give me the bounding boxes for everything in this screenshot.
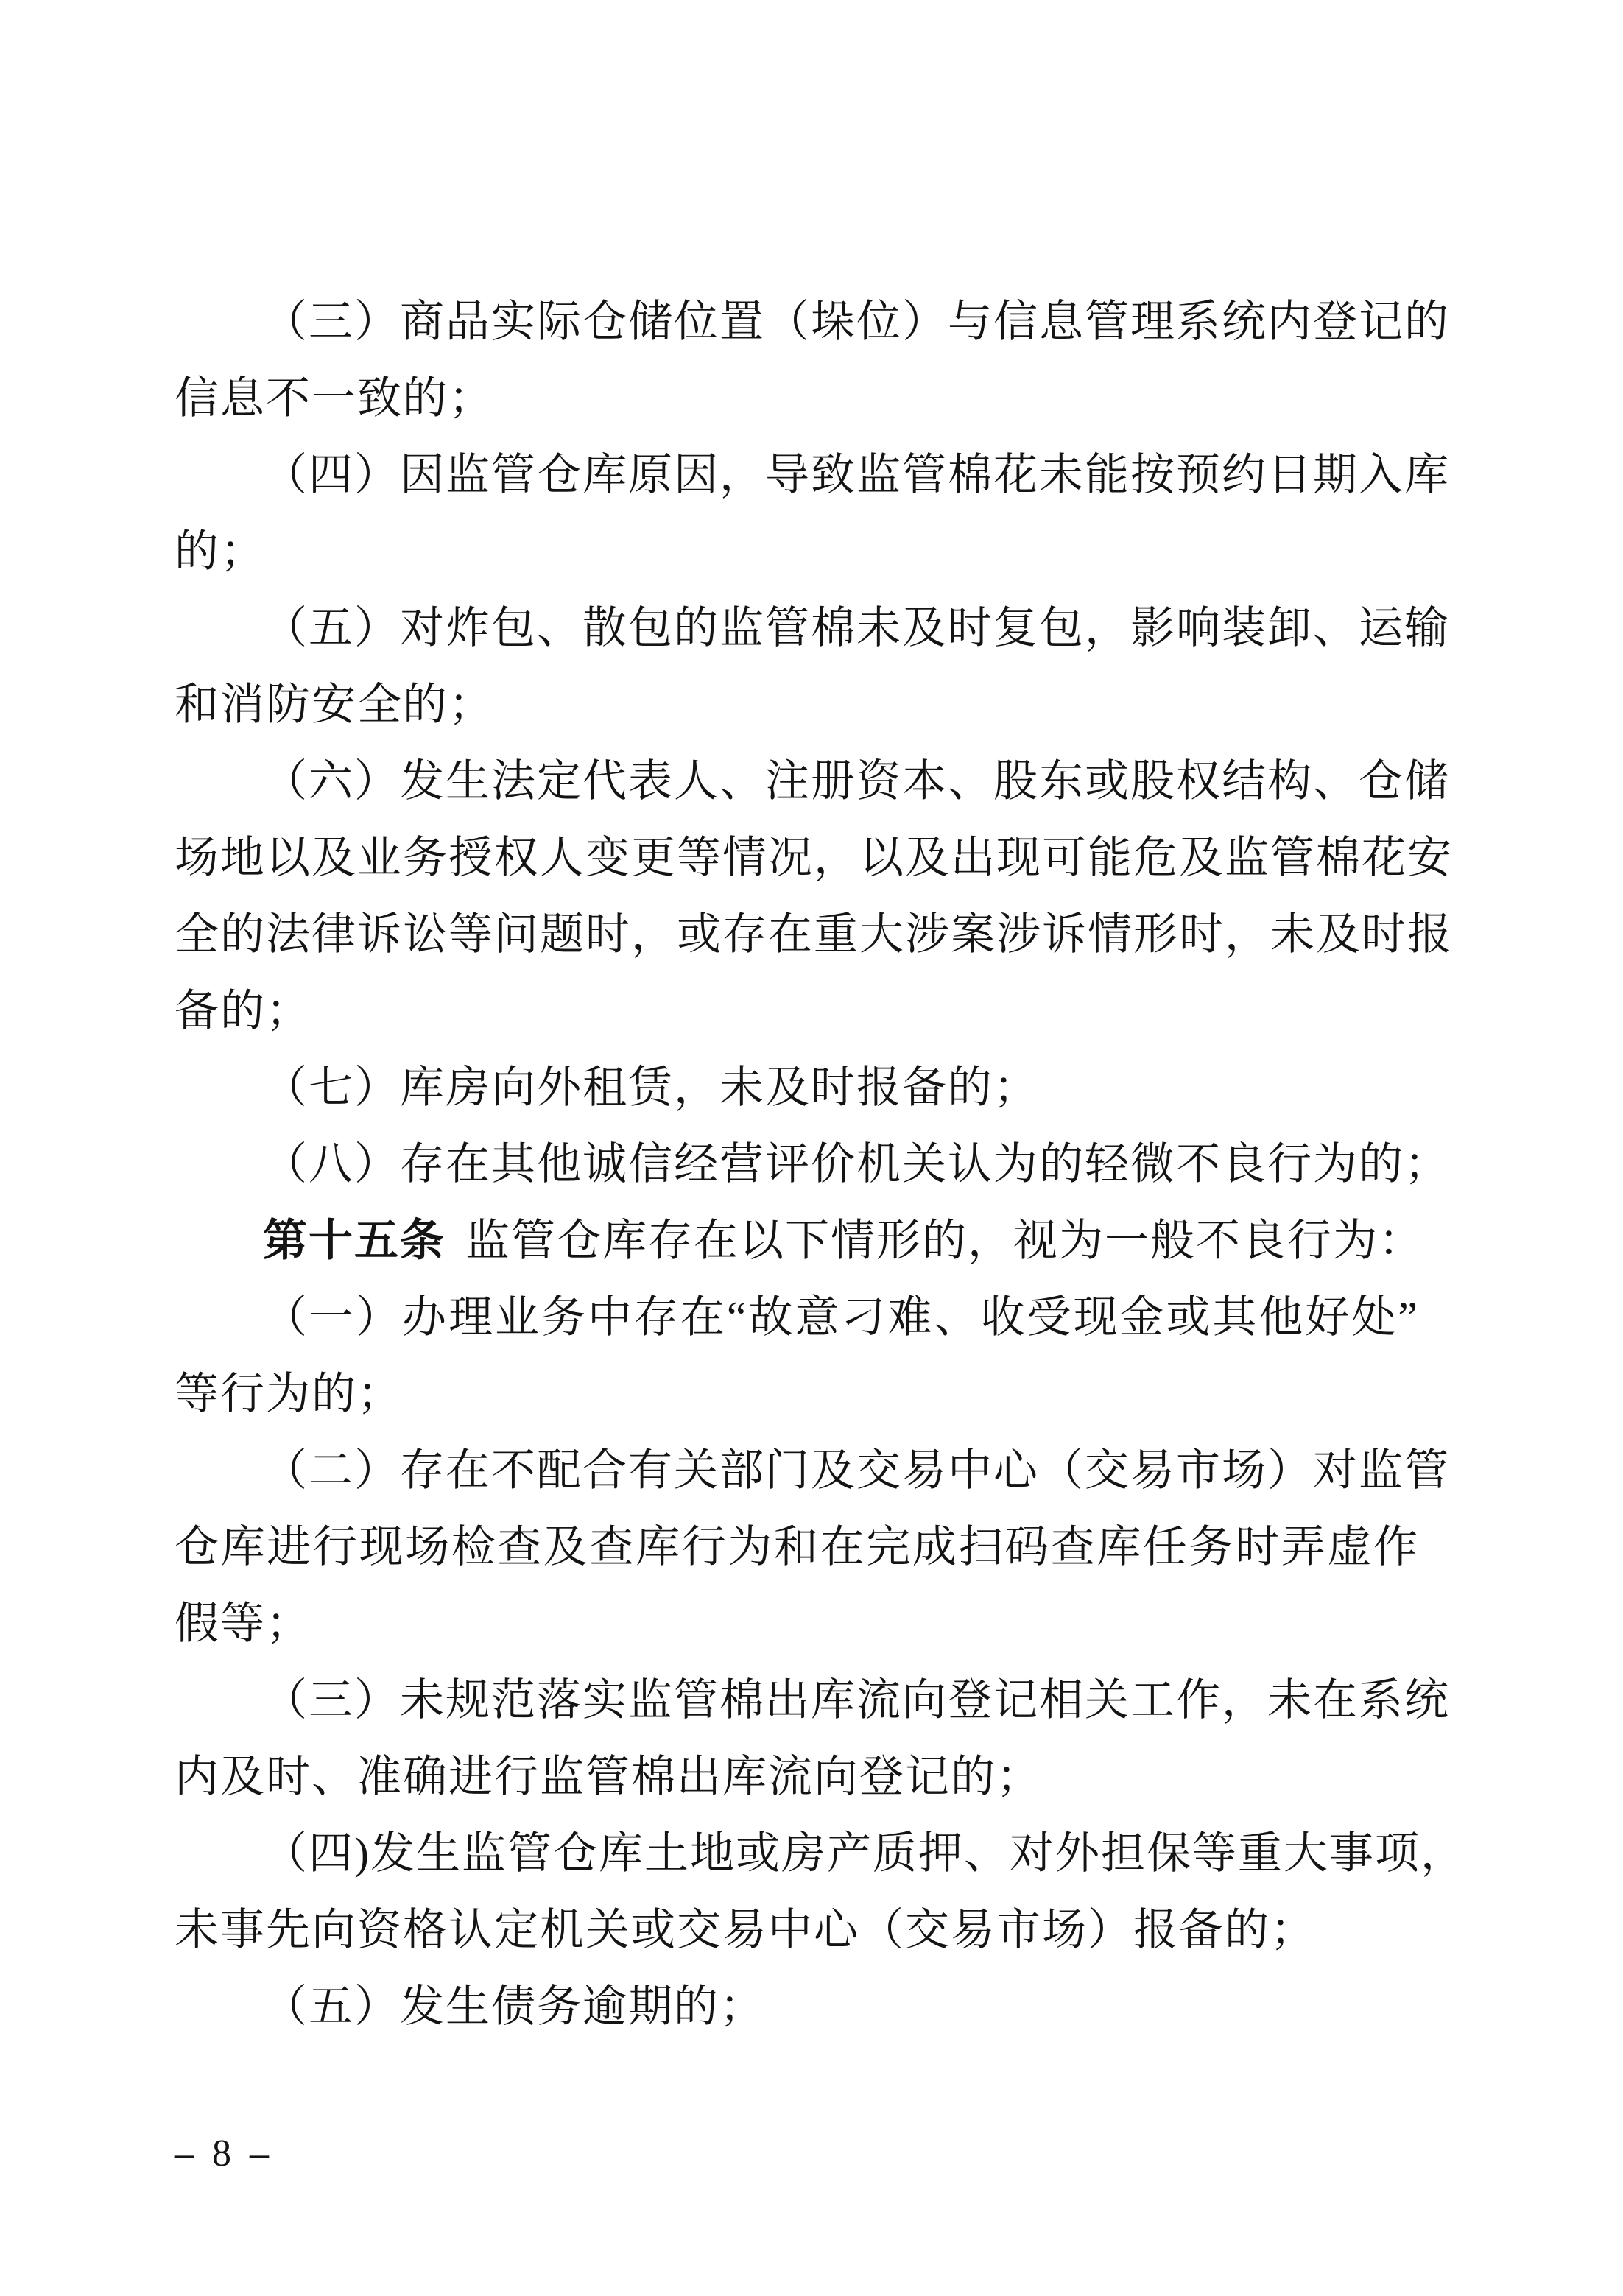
text-line: （三）未规范落实监管棉出库流向登记相关工作，未在系统 (175, 1662, 1419, 1739)
text-line: 全的法律诉讼等问题时，或存在重大涉案涉诉情形时，未及时报 (175, 896, 1419, 973)
article-heading-line: 第十五条监管仓库存在以下情形的，视为一般不良行为： (175, 1202, 1419, 1279)
document-page: （三）商品实际仓储位置（垛位）与信息管理系统内登记的信息不一致的；（四）因监管仓… (0, 0, 1623, 2296)
text-line: （五）对炸包、散包的监管棉未及时复包，影响装卸、运输 (175, 590, 1419, 666)
text-line: 假等； (175, 1585, 1419, 1662)
text-line: （七）库房向外租赁，未及时报备的； (175, 1049, 1419, 1126)
text-line: （六）发生法定代表人、注册资本、股东或股权结构、仓储 (175, 743, 1419, 820)
text-line: 内及时、准确进行监管棉出库流向登记的； (175, 1739, 1419, 1815)
text-line: 未事先向资格认定机关或交易中心（交易市场）报备的； (175, 1892, 1419, 1968)
article-number-bold: 第十五条 (263, 1216, 446, 1265)
text-line: （四)发生监管仓库土地或房产质押、对外担保等重大事项， (175, 1815, 1419, 1892)
text-line: 和消防安全的； (175, 666, 1419, 743)
article-heading-text: 监管仓库存在以下情形的，视为一般不良行为： (465, 1216, 1424, 1265)
text-line: （五）发生债务逾期的； (175, 1968, 1419, 2045)
text-line: 等行为的； (175, 1356, 1419, 1432)
text-line: 仓库进行现场检查及查库行为和在完成扫码查库任务时弄虚作 (175, 1509, 1419, 1585)
text-line: 场地以及业务授权人变更等情况，以及出现可能危及监管棉花安 (175, 820, 1419, 896)
text-line: 备的； (175, 973, 1419, 1049)
text-line: （三）商品实际仓储位置（垛位）与信息管理系统内登记的 (175, 284, 1419, 360)
text-line: （二）存在不配合有关部门及交易中心（交易市场）对监管 (175, 1432, 1419, 1509)
text-line: 信息不一致的； (175, 360, 1419, 437)
page-number: – 8 – (175, 2132, 273, 2176)
text-line: （一）办理业务中存在“故意刁难、收受现金或其他好处” (175, 1279, 1419, 1356)
document-body: （三）商品实际仓储位置（垛位）与信息管理系统内登记的信息不一致的；（四）因监管仓… (175, 284, 1419, 2045)
text-line: （八）存在其他诚信经营评价机关认为的轻微不良行为的； (175, 1126, 1419, 1202)
text-line: （四）因监管仓库原因，导致监管棉花未能按预约日期入库 (175, 437, 1419, 513)
text-line: 的； (175, 513, 1419, 590)
